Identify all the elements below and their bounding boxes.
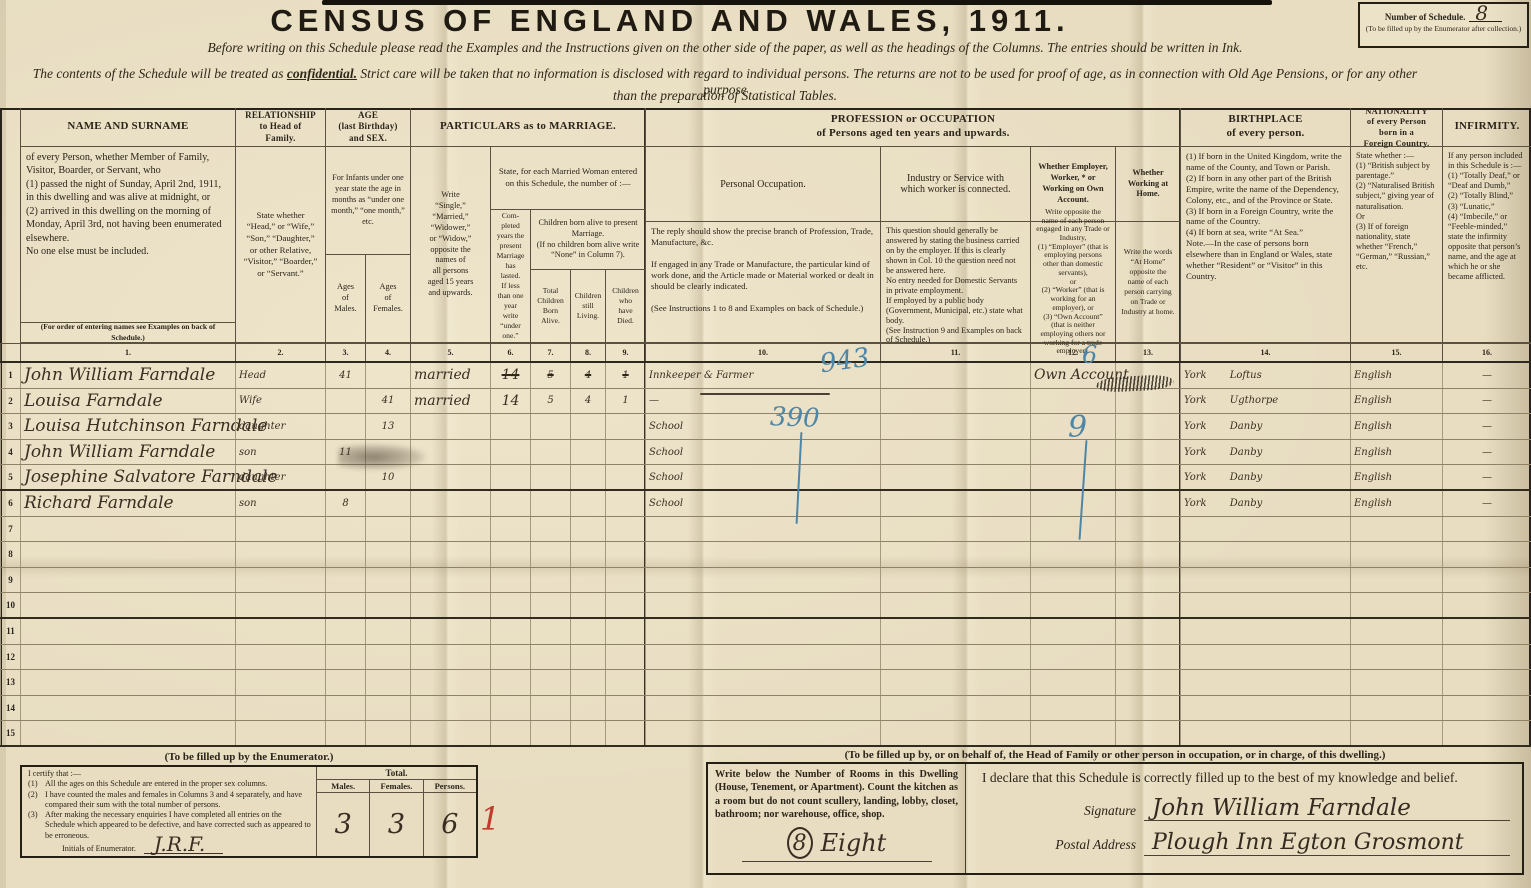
cell-num: 3: [0, 414, 20, 439]
cell-born: [530, 517, 570, 542]
cell-inf: —: [1442, 414, 1531, 439]
column-number-strip: 1.2.3.4.5.6.7.8.9.10.11.12.13.14.15.16.: [0, 343, 1531, 363]
enumerator-section-label: (To be filled up by the Enumerator.): [20, 751, 478, 763]
cell-born: [530, 414, 570, 439]
cell-num: 4: [0, 440, 20, 465]
cell-occ: [645, 619, 880, 644]
cell-emp: [1030, 593, 1115, 617]
cell-rel: [235, 619, 325, 644]
cell-birth: York Danby: [1180, 465, 1350, 489]
cell-marr: [410, 542, 490, 567]
cell-rel: son: [235, 491, 325, 516]
signature-value: John William Farndale: [1144, 796, 1510, 821]
table-row: 11: [0, 619, 1531, 645]
cell-nat: [1350, 619, 1442, 644]
column-number: 9.: [605, 344, 645, 361]
cell-years: [490, 542, 530, 567]
cell-home: [1115, 721, 1180, 745]
cell-occ: [645, 645, 880, 670]
cell-age_m: [325, 619, 365, 644]
cell-inf: [1442, 619, 1531, 644]
children-living-head: Children still Living.: [570, 270, 605, 343]
table-row: 3Louisa Hutchinson Farndaledaughter13Sch…: [0, 414, 1531, 440]
cell-emp: [1030, 491, 1115, 516]
cell-years: [490, 517, 530, 542]
cell-died: 1: [605, 363, 645, 388]
cell-occ: [645, 721, 880, 745]
cell-emp: [1030, 465, 1115, 489]
cell-inf: —: [1442, 363, 1531, 388]
home-head: Whether Working at Home.: [1115, 147, 1180, 222]
cell-birth: [1180, 696, 1350, 721]
cell-emp: [1030, 619, 1115, 644]
cell-living: 4: [570, 389, 605, 414]
cell-nat: [1350, 670, 1442, 695]
household-section-label: (To be filled up by, or on behalf of, th…: [706, 749, 1524, 761]
form-title: CENSUS OF ENGLAND AND WALES, 1911.: [0, 3, 1340, 39]
industry-instructions: This question should generally be answer…: [880, 222, 1030, 343]
certify-intro: I certify that :—: [28, 769, 312, 779]
cell-num: 8: [0, 542, 20, 567]
cell-living: [570, 696, 605, 721]
cell-rel: [235, 568, 325, 593]
cell-occ: Innkeeper & Farmer: [645, 363, 880, 388]
cell-rel: [235, 696, 325, 721]
cell-rel: daughter: [235, 414, 325, 439]
cell-died: [605, 517, 645, 542]
cell-birth: [1180, 670, 1350, 695]
cell-num: 14: [0, 696, 20, 721]
schedule-number-label: Number of Schedule.: [1385, 12, 1466, 22]
cell-occ: School: [645, 414, 880, 439]
cell-home: [1115, 619, 1180, 644]
rooms-entry: 8 Eight: [742, 827, 932, 862]
column-number: 4.: [365, 344, 410, 361]
cell-occ: School: [645, 440, 880, 465]
cell-inf: [1442, 517, 1531, 542]
cell-nat: English: [1350, 363, 1442, 388]
cell-died: [605, 670, 645, 695]
cell-age_m: [325, 670, 365, 695]
children-died-head: Children who have Died.: [605, 270, 645, 343]
certify-item: I have counted the males and females in …: [45, 790, 312, 811]
cell-living: 4: [570, 363, 605, 388]
declaration-text: I declare that this Schedule is correctl…: [982, 770, 1510, 786]
cell-emp: [1030, 517, 1115, 542]
cell-rel: Wife: [235, 389, 325, 414]
rooms-cell: Write below the Number of Rooms in this …: [708, 764, 966, 873]
cell-ind: [880, 619, 1030, 644]
children-note: Children born alive to present Marriage.…: [530, 210, 645, 270]
cell-living: [570, 670, 605, 695]
initials-label: Initials of Enumerator.: [62, 844, 136, 854]
header-marriage: PARTICULARS as to MARRIAGE.: [410, 108, 645, 147]
column-number: [0, 344, 20, 361]
header-relationship: RELATIONSHIP to Head of Family.: [235, 108, 325, 147]
cell-marr: [410, 619, 490, 644]
cell-emp: [1030, 389, 1115, 414]
cell-age_m: [325, 721, 365, 745]
header-profession: PROFESSION or OCCUPATION of Persons aged…: [645, 108, 1180, 147]
cell-age_f: [365, 619, 410, 644]
cell-living: [570, 517, 605, 542]
cell-born: [530, 465, 570, 489]
cell-living: [570, 542, 605, 567]
column-number: 15.: [1350, 344, 1442, 361]
postal-address-row: Postal Address Plough Inn Egton Grosmont: [1052, 831, 1510, 856]
cell-num: 9: [0, 568, 20, 593]
rooms-number-circled: 8: [787, 827, 813, 859]
cell-occ: [645, 542, 880, 567]
enumerator-box: I certify that :— (1)All the ages on thi…: [20, 765, 478, 858]
cell-ind: [880, 389, 1030, 414]
cell-rel: [235, 542, 325, 567]
cell-years: [490, 619, 530, 644]
cell-age_f: [365, 542, 410, 567]
cell-born: 5: [530, 389, 570, 414]
cell-name: [20, 696, 235, 721]
cell-birth: York Danby: [1180, 491, 1350, 516]
cell-ind: [880, 670, 1030, 695]
certify-num: (2): [28, 790, 42, 811]
cell-nat: [1350, 542, 1442, 567]
cell-marr: [410, 721, 490, 745]
cell-years: [490, 414, 530, 439]
cell-nat: English: [1350, 465, 1442, 489]
cell-home: [1115, 696, 1180, 721]
cell-marr: [410, 517, 490, 542]
age-instructions: For Infants under one year state the age…: [325, 147, 410, 255]
cell-occ: [645, 568, 880, 593]
column-number: 3.: [325, 344, 365, 361]
name-instructions-foot: (For order of entering names see Example…: [20, 323, 235, 343]
cell-age_m: [325, 593, 365, 617]
header-nationality: NATIONALITY of every Person born in a Fo…: [1350, 108, 1442, 147]
cell-num: 12: [0, 645, 20, 670]
table-row: 7: [0, 517, 1531, 543]
cell-years: 14: [490, 389, 530, 414]
cell-inf: —: [1442, 389, 1531, 414]
table-row: 13: [0, 670, 1531, 696]
cell-born: [530, 721, 570, 745]
instruction-2-pre: The contents of the Schedule will be tre…: [33, 66, 287, 81]
cell-num: 5: [0, 465, 20, 489]
cell-marr: married: [410, 363, 490, 388]
cell-emp: [1030, 721, 1115, 745]
cell-home: [1115, 465, 1180, 489]
cell-num: 1: [0, 363, 20, 388]
females-label: Females.: [369, 780, 422, 792]
cell-born: [530, 619, 570, 644]
cell-born: [530, 491, 570, 516]
ink-smudge: [338, 444, 426, 470]
cell-occ: [645, 593, 880, 617]
cell-emp: [1030, 440, 1115, 465]
occupation-instructions: The reply should show the precise branch…: [645, 222, 880, 343]
table-row: 9: [0, 568, 1531, 594]
cell-ind: [880, 721, 1030, 745]
cell-home: [1115, 517, 1180, 542]
rooms-number-word: Eight: [821, 829, 887, 857]
cell-inf: —: [1442, 491, 1531, 516]
cell-name: Richard Farndale: [20, 491, 235, 516]
cell-died: [605, 593, 645, 617]
cell-born: 5: [530, 363, 570, 388]
column-number: 10.: [645, 344, 880, 361]
cell-name: [20, 593, 235, 617]
column-number: 12.: [1030, 344, 1115, 361]
cell-years: [490, 645, 530, 670]
schedule-number-note: (To be filled up by the Enumerator after…: [1364, 24, 1523, 33]
cell-age_f: [365, 696, 410, 721]
certify-num: (1): [28, 779, 42, 789]
cell-years: [490, 670, 530, 695]
cell-years: [490, 491, 530, 516]
cell-birth: [1180, 517, 1350, 542]
cell-rel: [235, 645, 325, 670]
cell-died: [605, 568, 645, 593]
cell-inf: [1442, 696, 1531, 721]
age-females-head: Ages of Females.: [365, 255, 410, 343]
cell-age_f: [365, 670, 410, 695]
married-woman-note: State, for each Married Woman entered on…: [490, 147, 645, 210]
cell-ind: [880, 465, 1030, 489]
column-number: 8.: [570, 344, 605, 361]
cell-marr: [410, 593, 490, 617]
cell-age_f: [365, 517, 410, 542]
cell-ind: [880, 363, 1030, 388]
females-total: 3: [369, 793, 422, 856]
cell-emp: [1030, 542, 1115, 567]
children-total-head: Total Children Born Alive.: [530, 270, 570, 343]
cell-ind: [880, 491, 1030, 516]
column-number: 13.: [1115, 344, 1180, 361]
cell-birth: [1180, 645, 1350, 670]
cell-rel: daughter: [235, 465, 325, 489]
cell-died: [605, 465, 645, 489]
cell-home: [1115, 670, 1180, 695]
cell-age_f: [365, 363, 410, 388]
cell-marr: [410, 696, 490, 721]
cell-age_f: [365, 645, 410, 670]
cell-occ: [645, 517, 880, 542]
cell-years: [490, 465, 530, 489]
cell-num: 11: [0, 619, 20, 644]
column-number: 5.: [410, 344, 490, 361]
certification-text: I certify that :— (1)All the ages on thi…: [22, 767, 316, 856]
cell-nat: English: [1350, 389, 1442, 414]
cell-name: [20, 645, 235, 670]
cell-living: [570, 491, 605, 516]
header-infirmity: INFIRMITY.: [1442, 108, 1531, 147]
cell-born: [530, 568, 570, 593]
cell-name: Louisa Farndale: [20, 389, 235, 414]
cell-ind: [880, 645, 1030, 670]
cell-home: [1115, 440, 1180, 465]
cell-home: [1115, 645, 1180, 670]
cell-living: [570, 568, 605, 593]
cell-emp: [1030, 696, 1115, 721]
schedule-number-box: Number of Schedule. 8 (To be filled up b…: [1358, 2, 1529, 48]
table-row: 15: [0, 721, 1531, 747]
cell-age_f: 13: [365, 414, 410, 439]
males-total: 3: [317, 793, 369, 856]
cell-rel: [235, 670, 325, 695]
totals-grid: Total. Males. Females. Persons. 3 3 6: [316, 767, 476, 856]
column-number: 7.: [530, 344, 570, 361]
cell-marr: [410, 645, 490, 670]
confidential-underlined: confidential.: [287, 66, 357, 81]
cell-inf: [1442, 645, 1531, 670]
cell-marr: married: [410, 389, 490, 414]
cell-home: [1115, 389, 1180, 414]
marital-write-instructions: Write “Single,” “Married,” “Widower,” or…: [410, 147, 490, 343]
cell-marr: [410, 568, 490, 593]
cell-years: [490, 568, 530, 593]
cell-born: [530, 645, 570, 670]
cell-living: [570, 619, 605, 644]
instruction-line-3: than the preparation of Statistical Tabl…: [10, 88, 1440, 104]
cell-age_m: [325, 389, 365, 414]
cell-num: 15: [0, 721, 20, 745]
cell-age_f: [365, 593, 410, 617]
cell-birth: [1180, 721, 1350, 745]
cell-emp: [1030, 645, 1115, 670]
table-row: 4John William Farndaleson11SchoolYork Da…: [0, 440, 1531, 466]
cell-died: [605, 414, 645, 439]
cell-inf: [1442, 568, 1531, 593]
cell-birth: [1180, 593, 1350, 617]
column-number: 16.: [1442, 344, 1531, 361]
cell-born: [530, 440, 570, 465]
cell-ind: [880, 696, 1030, 721]
cell-num: 2: [0, 389, 20, 414]
column-number: 6.: [490, 344, 530, 361]
table-rows: 1John William FarndaleHead41married14541…: [0, 363, 1531, 747]
cell-ind: [880, 542, 1030, 567]
cell-home: [1115, 491, 1180, 516]
postal-address-label: Postal Address: [1052, 837, 1144, 853]
persons-label: Persons.: [423, 780, 476, 792]
cell-age_m: [325, 645, 365, 670]
enumerator-initials: J.R.F.: [144, 835, 223, 854]
occupation-head: Personal Occupation.: [645, 147, 880, 222]
cell-age_m: [325, 414, 365, 439]
cell-years: [490, 440, 530, 465]
cell-born: [530, 670, 570, 695]
cell-birth: [1180, 542, 1350, 567]
cell-home: [1115, 593, 1180, 617]
cell-home: [1115, 414, 1180, 439]
cell-birth: York Ugthorpe: [1180, 389, 1350, 414]
employer-instructions: Write opposite the name of each person e…: [1030, 222, 1115, 343]
cell-living: [570, 465, 605, 489]
industry-head: Industry or Service with which worker is…: [880, 147, 1030, 222]
cell-emp: [1030, 568, 1115, 593]
cell-ind: [880, 593, 1030, 617]
cell-living: [570, 593, 605, 617]
cell-birth: York Loftus: [1180, 363, 1350, 388]
table-row: 6Richard Farndaleson8SchoolYork DanbyEng…: [0, 491, 1531, 517]
cell-home: [1115, 542, 1180, 567]
cell-age_m: [325, 517, 365, 542]
cell-years: [490, 696, 530, 721]
cell-birth: [1180, 568, 1350, 593]
instruction-line-1: Before writing on this Schedule please r…: [10, 40, 1440, 56]
cell-age_m: [325, 542, 365, 567]
persons-total: 6: [423, 793, 476, 856]
males-label: Males.: [317, 780, 369, 792]
cell-nat: [1350, 696, 1442, 721]
name-instructions: of every Person, whether Member of Famil…: [20, 147, 235, 323]
column-number: 1.: [20, 344, 235, 361]
cell-name: [20, 619, 235, 644]
cell-nat: English: [1350, 414, 1442, 439]
cell-ind: [880, 440, 1030, 465]
cell-age_f: [365, 721, 410, 745]
table-row: 14: [0, 696, 1531, 722]
cell-ind: [880, 517, 1030, 542]
cell-age_f: 41: [365, 389, 410, 414]
cell-inf: —: [1442, 440, 1531, 465]
cell-born: [530, 696, 570, 721]
cell-num: 7: [0, 517, 20, 542]
cell-age_m: 41: [325, 363, 365, 388]
cell-rel: [235, 721, 325, 745]
cell-died: 1: [605, 389, 645, 414]
cell-name: [20, 542, 235, 567]
column-number: 14.: [1180, 344, 1350, 361]
cell-num: 6: [0, 491, 20, 516]
cell-occ: [645, 670, 880, 695]
cell-living: [570, 721, 605, 745]
cell-home: [1115, 568, 1180, 593]
nationality-instructions: State whether :— (1) “British subject by…: [1350, 147, 1442, 343]
cell-name: [20, 517, 235, 542]
cell-marr: [410, 670, 490, 695]
home-instructions: Write the words “At Home” opposite the n…: [1115, 222, 1180, 343]
cell-born: [530, 593, 570, 617]
cell-inf: [1442, 542, 1531, 567]
pen-stroke: [700, 393, 830, 395]
cell-occ: School: [645, 465, 880, 489]
cell-died: [605, 440, 645, 465]
cell-age_m: 8: [325, 491, 365, 516]
cell-marr: [410, 491, 490, 516]
cell-rel: son: [235, 440, 325, 465]
column-number: 2.: [235, 344, 325, 361]
cell-birth: [1180, 619, 1350, 644]
cell-name: Josephine Salvatore Farndale: [20, 465, 235, 489]
table-row: 10: [0, 593, 1531, 619]
signature-label: Signature: [1052, 803, 1144, 819]
infirmity-instructions: If any person included in this Schedule …: [1442, 147, 1531, 343]
cell-rel: [235, 593, 325, 617]
cell-age_f: [365, 491, 410, 516]
cell-nat: [1350, 645, 1442, 670]
cell-died: [605, 721, 645, 745]
table-row: 1John William FarndaleHead41married14541…: [0, 363, 1531, 389]
cell-died: [605, 542, 645, 567]
certify-num: (3): [28, 810, 42, 841]
birthplace-instructions: (1) If born in the United Kingdom, write…: [1180, 147, 1350, 343]
cell-emp: [1030, 670, 1115, 695]
cell-nat: [1350, 568, 1442, 593]
header-name: NAME AND SURNAME: [20, 108, 235, 147]
cell-name: [20, 721, 235, 745]
cell-age_m: [325, 696, 365, 721]
postal-address-value: Plough Inn Egton Grosmont: [1144, 831, 1510, 856]
